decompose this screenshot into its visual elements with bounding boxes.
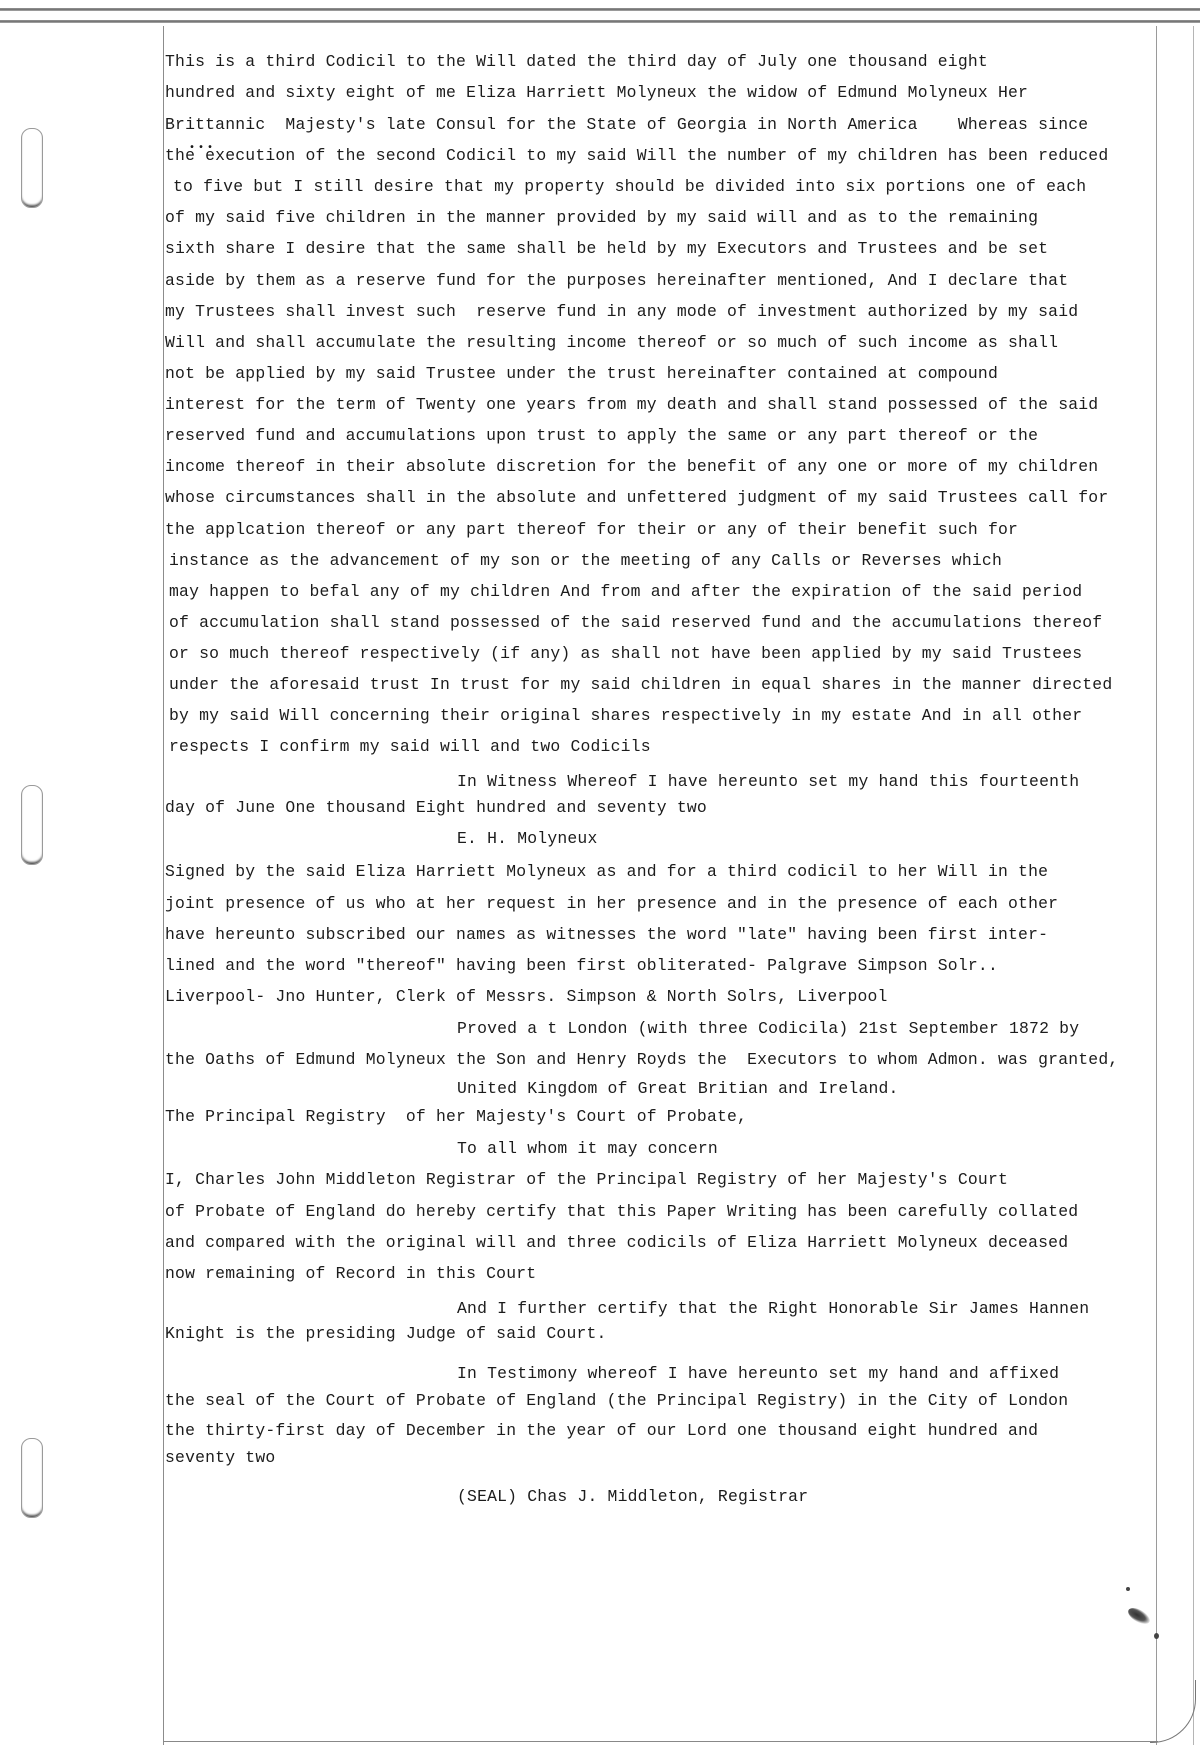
document-line: under the aforesaid trust In trust for m… xyxy=(169,675,1112,695)
document-line: instance as the advancement of my son or… xyxy=(169,551,1002,571)
punch-hole-icon xyxy=(21,1438,43,1518)
top-border-rule xyxy=(0,20,1200,23)
document-line: and compared with the original will and … xyxy=(165,1233,1068,1253)
document-line: the seal of the Court of Probate of Engl… xyxy=(165,1391,1068,1411)
document-line: sixth share I desire that the same shall… xyxy=(165,239,1048,259)
document-line: reserved fund and accumulations upon tru… xyxy=(165,426,1038,446)
document-line: day of June One thousand Eight hundred a… xyxy=(165,798,707,818)
ink-speck-icon xyxy=(1126,1587,1130,1591)
ink-blot-icon xyxy=(1126,1605,1153,1627)
left-margin-rule xyxy=(163,26,164,1745)
document-line: of my said five children in the manner p… xyxy=(165,208,1038,228)
punch-hole-icon xyxy=(21,128,43,208)
document-line: Signed by the said Eliza Harriett Molyne… xyxy=(165,862,1048,882)
document-line: to five but I still desire that my prope… xyxy=(173,177,1086,197)
document-line: of Probate of England do hereby certify … xyxy=(165,1202,1078,1222)
right-edge-rule xyxy=(1193,26,1194,1745)
document-line: of accumulation shall stand possessed of… xyxy=(169,613,1102,633)
punch-hole-icon xyxy=(21,785,43,865)
document-line: In Testimony whereof I have hereunto set… xyxy=(457,1364,1059,1384)
document-line: whose circumstances shall in the absolut… xyxy=(165,488,1108,508)
document-line: the execution of the second Codicil to m… xyxy=(165,146,1108,166)
document-line: or so much thereof respectively (if any)… xyxy=(169,644,1082,664)
document-line: the Oaths of Edmund Molyneux the Son and… xyxy=(165,1050,1118,1070)
scanned-document-page: ••• This is a third Codicil to the Will … xyxy=(0,0,1200,1745)
document-line: now remaining of Record in this Court xyxy=(165,1264,536,1284)
document-line: hundred and sixty eight of me Eliza Harr… xyxy=(165,83,1028,103)
document-line: the applcation thereof or any part there… xyxy=(165,520,1018,540)
document-line: joint presence of us who at her request … xyxy=(165,894,1058,914)
document-line: (SEAL) Chas J. Middleton, Registrar xyxy=(457,1487,808,1507)
bottom-border-rule xyxy=(163,1741,1158,1742)
document-line: To all whom it may concern xyxy=(457,1139,718,1159)
document-line: not be applied by my said Trustee under … xyxy=(165,364,998,384)
document-line: respects I confirm my said will and two … xyxy=(169,737,651,757)
document-line: This is a third Codicil to the Will date… xyxy=(165,52,988,72)
document-line: And I further certify that the Right Hon… xyxy=(457,1299,1089,1319)
page-corner-curve xyxy=(1150,1680,1196,1743)
top-border-rule xyxy=(0,8,1200,11)
document-line: Will and shall accumulate the resulting … xyxy=(165,333,1058,353)
document-line: The Principal Registry of her Majesty's … xyxy=(165,1107,747,1127)
document-line: aside by them as a reserve fund for the … xyxy=(165,271,1068,291)
document-line: E. H. Molyneux xyxy=(457,829,598,849)
document-line: I, Charles John Middleton Registrar of t… xyxy=(165,1170,1008,1190)
document-line: may happen to befal any of my children A… xyxy=(169,582,1082,602)
document-line: interest for the term of Twenty one year… xyxy=(165,395,1098,415)
document-line: United Kingdom of Great Britian and Irel… xyxy=(457,1079,899,1099)
document-line: the thirty-first day of December in the … xyxy=(165,1421,1038,1441)
document-line: lined and the word "thereof" having been… xyxy=(165,956,998,976)
document-line: seventy two xyxy=(165,1448,275,1468)
document-line: Brittannic Majesty's late Consul for the… xyxy=(165,115,1088,135)
right-margin-rule xyxy=(1156,26,1157,1745)
document-line: income thereof in their absolute discret… xyxy=(165,457,1098,477)
document-line: by my said Will concerning their origina… xyxy=(169,706,1082,726)
document-line: Proved a t London (with three Codicila) … xyxy=(457,1019,1079,1039)
ink-speck-icon xyxy=(1154,1633,1159,1639)
document-line: Knight is the presiding Judge of said Co… xyxy=(165,1324,607,1344)
document-line: In Witness Whereof I have hereunto set m… xyxy=(457,772,1079,792)
document-line: Liverpool- Jno Hunter, Clerk of Messrs. … xyxy=(165,987,888,1007)
document-line: my Trustees shall invest such reserve fu… xyxy=(165,302,1078,322)
document-line: have hereunto subscribed our names as wi… xyxy=(165,925,1048,945)
